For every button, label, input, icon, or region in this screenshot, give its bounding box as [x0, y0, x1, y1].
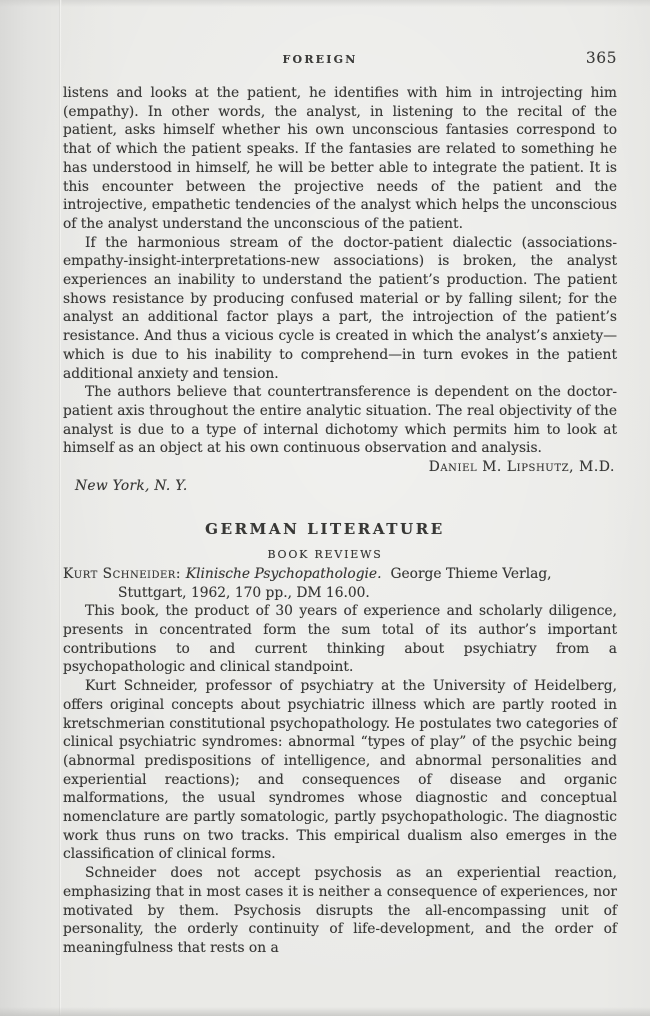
page-bottom-edge-shadow — [0, 1007, 650, 1016]
foreign-review-paragraph-3: The authors believe that countertransfer… — [63, 383, 617, 458]
book-citation: Kurt Schneider:Klinische Psychopathologi… — [63, 565, 617, 602]
scanned-journal-page: FOREIGN 365 listens and looks at the pat… — [0, 0, 650, 1016]
reviewer-location: New York, N. Y. — [63, 477, 617, 496]
page-content: listens and looks at the patient, he ide… — [63, 84, 617, 958]
citation-book-title: Klinische Psychopathologie. — [186, 566, 382, 582]
page-fold-shadow — [59, 0, 62, 1016]
german-review-paragraph-1: This book, the product of 30 years of ex… — [63, 602, 617, 677]
running-head: FOREIGN 365 — [63, 49, 617, 69]
page-number: 365 — [586, 49, 617, 67]
foreign-review-paragraph-2: If the harmonious stream of the doctor-p… — [63, 234, 617, 384]
section-subheading: BOOK REVIEWS — [63, 546, 587, 565]
german-review-paragraph-3: Schneider does not accept psychosis as a… — [63, 864, 617, 958]
page-top-edge-shadow — [0, 0, 650, 7]
section-heading: GERMAN LITERATURE — [63, 520, 587, 539]
foreign-review-paragraph-1: listens and looks at the patient, he ide… — [63, 84, 617, 234]
german-review-paragraph-2: Kurt Schneider, professor of psychiatry … — [63, 677, 617, 864]
citation-author: Kurt Schneider: — [63, 566, 181, 582]
running-head-title: FOREIGN — [63, 53, 577, 66]
reviewer-signature: Daniel M. Lipshutz, M.D. — [63, 458, 617, 477]
